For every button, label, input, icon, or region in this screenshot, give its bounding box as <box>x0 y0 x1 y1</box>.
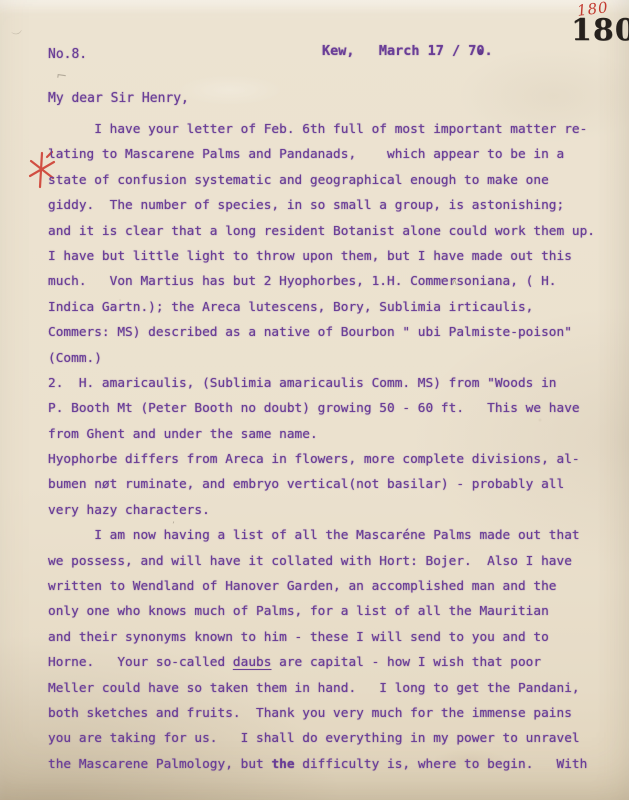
letter-line: I have your letter of Feb. 6th full of m… <box>48 117 608 142</box>
letter-line: Indica Gartn.); the Areca lutescens, Bor… <box>48 295 608 320</box>
letter-line: Commers: MS) described as a native of Bo… <box>48 320 608 345</box>
dateline: Kew, March 17 / 70. <box>322 43 493 59</box>
letter-line: giddy. The number of species, in so smal… <box>48 193 608 218</box>
letter-line: lating to Mascarene Palms and Pandanads,… <box>48 142 608 167</box>
letter-line: Meller could have so taken them in hand.… <box>48 676 608 701</box>
letter-line: P. Booth Mt (Peter Booth no doubt) growi… <box>48 396 608 421</box>
letter-line: from Ghent and under the same name. <box>48 422 608 447</box>
letter-line: the Mascarene Palmology, but the difficu… <box>48 752 608 777</box>
salutation: My dear Sir Henry, <box>48 91 189 106</box>
letter-line: state of confusion systematic and geogra… <box>48 168 608 193</box>
letter-line: written to Wendland of Hanover Garden, a… <box>48 574 608 599</box>
letter-line: both sketches and fruits. Thank you very… <box>48 701 608 726</box>
letter-line: very hazy characters. <box>48 498 608 523</box>
pencil-mark: ⌐ <box>55 68 68 84</box>
pencil-mark: ’ ʌ <box>440 278 460 288</box>
letter-line: we possess, and will have it collated wi… <box>48 549 608 574</box>
pencil-mark: ’ <box>172 521 175 531</box>
letter-line: and it is clear that a long resident Bot… <box>48 219 608 244</box>
letter-line: only one who knows much of Palms, for a … <box>48 599 608 624</box>
letter-line: I am now having a list of all the Mascar… <box>48 523 608 548</box>
letter-scan-page: 180 180 ︶ No.8. ⌐ Kew, March 17 / 70. My… <box>0 0 629 800</box>
letter-number: No.8. <box>48 47 87 62</box>
letter-line: bumen nøt ruminate, and embryo vertical(… <box>48 472 608 497</box>
letter-line: much. Von Martius has but 2 Hyophorbes, … <box>48 269 608 294</box>
letter-line: I have but little light to throw upon th… <box>48 244 608 269</box>
letter-body: I have your letter of Feb. 6th full of m… <box>48 117 608 777</box>
letter-line: 2. H. amaricaulis, (Sublimia amaricaulis… <box>48 371 608 396</box>
ink-dot <box>478 50 483 55</box>
letter-line: (Comm.) <box>48 346 608 371</box>
letter-line: Horne. Your so-called daubs are capital … <box>48 650 608 675</box>
letter-line: and their synonyms known to him - these … <box>48 625 608 650</box>
letter-line: Hyophorbe differs from Areca in flowers,… <box>48 447 608 472</box>
letter-line: you are taking for us. I shall do everyt… <box>48 726 608 751</box>
pencil-mark: ︶ <box>10 27 24 45</box>
page-number-stamp: 180 <box>571 13 629 48</box>
